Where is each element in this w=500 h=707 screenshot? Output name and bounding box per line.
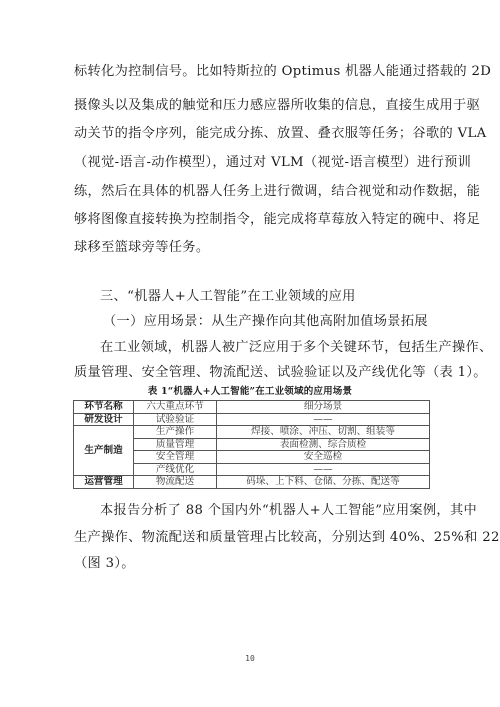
stage-cell: 研发设计	[74, 413, 134, 426]
text-line: 够将图像直接转换为控制指令，能完成将草莓放入特定的碗中、将足	[74, 212, 430, 228]
page-number: 10	[0, 654, 500, 663]
text-line: 标转化为控制信号。比如特斯拉的 Optimus 机器人能通过搭载的 2D	[74, 64, 430, 80]
scenes-cell: ——	[217, 413, 430, 426]
link-cell: 物流配送	[134, 476, 217, 489]
scenes-cell: 安全巡检	[217, 451, 430, 464]
header-cell: 环节名称	[74, 401, 134, 414]
table-caption: 表 1“机器人+人工智能”在工业领域的应用场景	[0, 386, 500, 398]
scenes-cell: ——	[217, 463, 430, 476]
scenes-cell: 焊接、喷涂、冲压、切割、组装等	[217, 426, 430, 439]
text-line: （视觉-语言-动作模型），通过对 VLM（视觉-语言模型）进行预训	[74, 155, 430, 171]
section-heading: 三、“机器人+人工智能”在工业领域的应用	[100, 289, 456, 305]
text-line: 动关节的指令序列，能完成分拣、放置、叠衣服等任务；谷歌的 VLA	[74, 126, 430, 142]
link-cell: 产线优化	[134, 463, 217, 476]
header-cell: 六大重点环节	[134, 401, 217, 414]
table-row: 研发设计 试验验证 ——	[74, 413, 430, 426]
application-scenarios-table: 环节名称 六大重点环节 细分场景 研发设计 试验验证 —— 生产制造 生产操作 …	[73, 400, 430, 489]
table-row: 运营管理 物流配送 码垛、上下料、仓储、分拣、配送等	[74, 476, 430, 489]
scenes-cell: 码垛、上下料、仓储、分拣、配送等	[217, 476, 430, 489]
stage-cell: 生产制造	[74, 426, 134, 476]
text-line: 在工业领域，机器人被广泛应用于多个关键环节，包括生产操作、	[100, 340, 430, 356]
text-line: 摄像头以及集成的触觉和压力感应器所收集的信息，直接生成用于驱	[74, 98, 430, 114]
table-row: 生产制造 生产操作 焊接、喷涂、冲压、切割、组装等	[74, 426, 430, 439]
text-line: 生产操作、物流配送和质量管理占比较高，分别达到 40%、25%和 22%	[74, 530, 430, 546]
link-cell: 试验验证	[134, 413, 217, 426]
text-line: （图 3）。	[74, 556, 430, 572]
link-cell: 安全管理	[134, 451, 217, 464]
text-line: 球移至篮球旁等任务。	[74, 240, 430, 256]
header-cell: 细分场景	[217, 401, 430, 414]
stage-cell: 运营管理	[74, 476, 134, 489]
text-line: 练，然后在具体的机器人任务上进行微调，结合视觉和动作数据，能	[74, 184, 430, 200]
link-cell: 质量管理	[134, 438, 217, 451]
scenes-cell: 表面检测、综合质检	[217, 438, 430, 451]
table-header-row: 环节名称 六大重点环节 细分场景	[74, 401, 430, 414]
text-line: 本报告分析了 88 个国内外“机器人+人工智能”应用案例，其中	[100, 503, 430, 519]
subsection-heading: （一）应用场景：从生产操作向其他高附加值场景拓展	[103, 314, 459, 330]
text-line: 质量管理、安全管理、物流配送、试验验证以及产线优化等（表 1）。	[74, 365, 430, 381]
link-cell: 生产操作	[134, 426, 217, 439]
